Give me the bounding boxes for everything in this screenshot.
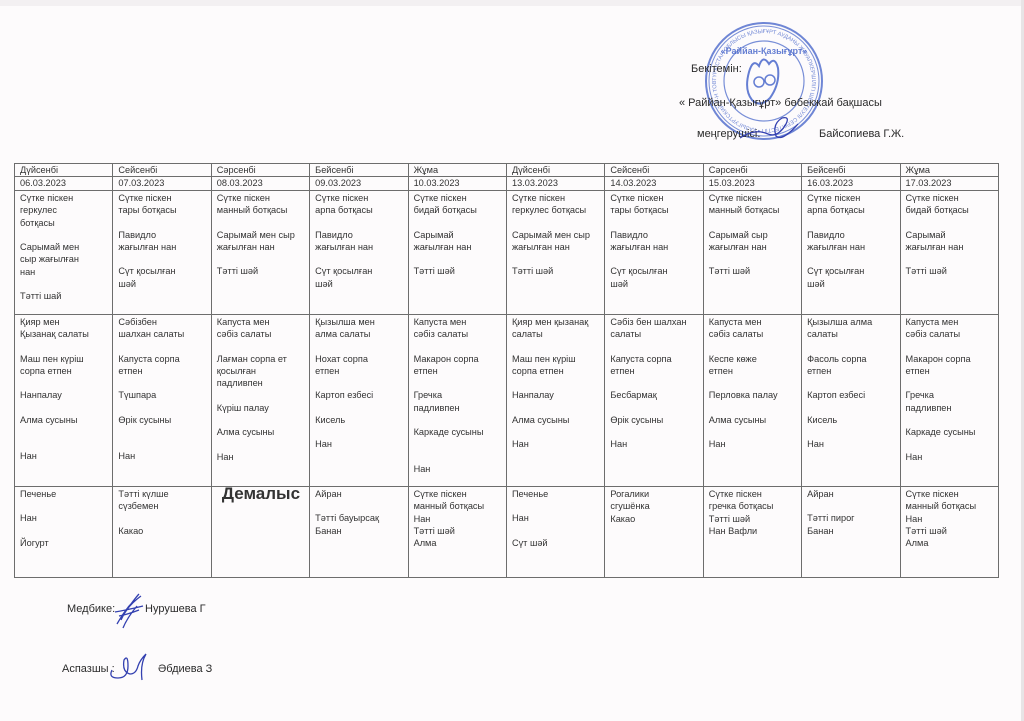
date-cell: 14.03.2023	[605, 177, 703, 190]
spacer	[217, 341, 305, 353]
spacer	[118, 513, 206, 525]
spacer	[512, 426, 600, 438]
weekday-cell: Сәрсенбі	[211, 164, 309, 177]
snack-item: Печенье	[20, 488, 108, 500]
nurse-signature-icon	[113, 590, 148, 630]
lunch-item: Капуста сорпа етпен	[118, 353, 206, 378]
breakfast-item: Сарымай жағылған нан	[906, 229, 994, 254]
lunch-item: Нан	[512, 438, 600, 450]
weekday-cell: Сейсенбі	[605, 164, 703, 177]
breakfast-cell: Сүтке піскен тары ботқасыПавидло жағылға…	[605, 190, 703, 314]
lunch-item: Кисель	[807, 414, 895, 426]
lunch-item: Нанпалау	[20, 389, 108, 401]
breakfast-item: Сүт қосылған шәй	[118, 265, 206, 290]
weekday-cell: Сейсенбі	[113, 164, 211, 177]
lunch-item: Перловка палау	[709, 389, 797, 401]
breakfast-item: Тәтті шәй	[414, 265, 502, 277]
snack-row: ПеченьеНанЙогурт Тәтті күлше сүзбеменКак…	[15, 486, 999, 577]
weekday-cell: Дүйсенбі	[506, 164, 604, 177]
lunch-item: Өрік сусыны	[118, 414, 206, 426]
spacer	[709, 341, 797, 353]
lunch-item: Қияр мен қызанақ салаты	[512, 316, 600, 341]
spacer	[118, 438, 206, 450]
lunch-cell: Капуста мен сәбіз салатыКеспе көже етпен…	[703, 314, 801, 486]
lunch-item: Қызылша мен алма салаты	[315, 316, 403, 341]
lunch-item: Өрік сусыны	[610, 414, 698, 426]
breakfast-item: Тәтті шәй	[512, 265, 600, 277]
lunch-item: Капуста мен сәбіз салаты	[217, 316, 305, 341]
lunch-item: Нан	[709, 438, 797, 450]
spacer	[414, 253, 502, 265]
breakfast-cell: Сүтке піскен манный ботқасыСарымай сыр ж…	[703, 190, 801, 314]
breakfast-cell: Сүтке піскен геркулес ботқасыСарымай мен…	[506, 190, 604, 314]
breakfast-item: Павидло жағылған нан	[807, 229, 895, 254]
spacer	[315, 377, 403, 389]
lunch-item: Алма сусыны	[20, 414, 108, 426]
snack-cell: Сүтке піскен манный ботқасы Нан Тәтті шә…	[408, 486, 506, 577]
spacer	[315, 402, 403, 414]
snack-cell: Тәтті күлше сүзбеменКакао	[113, 486, 211, 577]
spacer	[610, 377, 698, 389]
spacer	[414, 414, 502, 426]
lunch-item: Маш пен күріш сорпа етпен	[20, 353, 108, 378]
breakfast-item: Сүтке піскен бидай ботқасы	[414, 192, 502, 217]
spacer	[906, 439, 994, 451]
spacer	[217, 217, 305, 229]
spacer	[118, 217, 206, 229]
weekday-cell: Жұма	[408, 164, 506, 177]
snack-item: Тәтті пирог Банан	[807, 512, 895, 537]
lunch-cell: Сәбізбен шалхан салатыКапуста сорпа етпе…	[113, 314, 211, 486]
lunch-item: Капуста мен сәбіз салаты	[906, 316, 994, 341]
spacer	[414, 377, 502, 389]
breakfast-item: Сүтке піскен манный ботқасы	[217, 192, 305, 217]
date-cell: 08.03.2023	[211, 177, 309, 190]
lunch-item: Нохат сорпа етпен	[315, 353, 403, 378]
breakfast-cell: Сүтке піскен бидай ботқасыСарымай жағылғ…	[408, 190, 506, 314]
lunch-cell: Қияр мен қызанақ салатыМаш пен күріш сор…	[506, 314, 604, 486]
spacer	[217, 414, 305, 426]
lunch-cell: Қызылша мен алма салатыНохат сорпа етпен…	[310, 314, 408, 486]
date-cell: 15.03.2023	[703, 177, 801, 190]
lunch-item: Макарон сорпа етпен	[414, 353, 502, 378]
cook-name: Әбдиева З	[158, 663, 212, 675]
spacer	[20, 229, 108, 241]
spacer	[512, 525, 600, 537]
date-cell: 06.03.2023	[15, 177, 113, 190]
breakfast-item: Павидло жағылған нан	[315, 229, 403, 254]
snack-cell: ПеченьеНанСүт шәй	[506, 486, 604, 577]
date-cell: 09.03.2023	[310, 177, 408, 190]
lunch-item: Капуста мен сәбіз салаты	[414, 316, 502, 341]
lunch-item: Фасоль сорпа етпен	[807, 353, 895, 378]
breakfast-item: Тәтті шәй	[906, 265, 994, 277]
spacer	[20, 278, 108, 290]
lunch-item: Алма сусыны	[512, 414, 600, 426]
weekday-row: ДүйсенбіСейсенбіСәрсенбіБейсенбіЖұмаДүйс…	[15, 164, 999, 177]
breakfast-item: Сарымай мен сыр жағылған нан	[512, 229, 600, 254]
breakfast-item: Сүтке піскен бидай ботқасы	[906, 192, 994, 217]
snack-item: Тәтті күлше сүзбемен	[118, 488, 206, 513]
spacer	[414, 341, 502, 353]
breakfast-item: Сүт қосылған шәй	[610, 265, 698, 290]
lunch-item: Картоп езбесі	[315, 389, 403, 401]
spacer	[709, 426, 797, 438]
spacer	[906, 217, 994, 229]
lunch-item: Капуста сорпа етпен	[610, 353, 698, 378]
spacer	[512, 217, 600, 229]
lunch-item: Нан	[118, 450, 206, 462]
lunch-item: Алма сусыны	[217, 426, 305, 438]
snack-cell: Сүтке піскен гречка ботқасы Тәтті шәй На…	[703, 486, 801, 577]
breakfast-item: Сарымай мен сыр жағылған нан	[20, 241, 108, 278]
snack-item: Сүт шәй	[512, 537, 600, 549]
spacer	[610, 217, 698, 229]
lunch-item: Нан	[906, 451, 994, 463]
lunch-item: Гречка падливпен	[414, 389, 502, 414]
spacer	[610, 253, 698, 265]
menu-table: ДүйсенбіСейсенбіСәрсенбіБейсенбіЖұмаДүйс…	[14, 163, 999, 578]
breakfast-cell: Сүтке піскен тары ботқасыПавидло жағылға…	[113, 190, 211, 314]
lunch-item: Каркаде сусыны	[906, 426, 994, 438]
breakfast-item: Сүтке піскен арпа ботқасы	[807, 192, 895, 217]
snack-item: Сүтке піскен манный ботқасы Нан Тәтті шә…	[906, 488, 994, 550]
snack-item: Йогурт	[20, 537, 108, 549]
spacer	[709, 253, 797, 265]
lunch-item: Сәбіз бен шалхан салаты	[610, 316, 698, 341]
snack-item: Айран	[315, 488, 403, 500]
spacer	[315, 500, 403, 512]
spacer	[315, 217, 403, 229]
spacer	[414, 439, 502, 451]
approval-title: Бекітемін:	[691, 63, 742, 75]
lunch-item: Нан	[414, 463, 502, 475]
weekday-cell: Сәрсенбі	[703, 164, 801, 177]
snack-cell: Сүтке піскен манный ботқасы Нан Тәтті шә…	[900, 486, 998, 577]
spacer	[807, 217, 895, 229]
spacer	[414, 451, 502, 463]
date-cell: 13.03.2023	[506, 177, 604, 190]
spacer	[20, 377, 108, 389]
spacer	[807, 402, 895, 414]
lunch-item: Қызылша алма салаты	[807, 316, 895, 341]
date-cell: 17.03.2023	[900, 177, 998, 190]
lunch-item: Нанпалау	[512, 389, 600, 401]
spacer	[414, 217, 502, 229]
spacer	[512, 377, 600, 389]
head-signature-icon	[735, 106, 810, 146]
spacer	[906, 414, 994, 426]
breakfast-item: Сүтке піскен арпа ботқасы	[315, 192, 403, 217]
snack-cell: ПеченьеНанЙогурт	[15, 486, 113, 577]
holiday-cell: Демалыс	[211, 486, 309, 577]
spacer	[315, 426, 403, 438]
breakfast-item: Сүтке піскен геркулес ботқасы	[512, 192, 600, 217]
weekday-cell: Жұма	[900, 164, 998, 177]
spacer	[709, 377, 797, 389]
spacer	[906, 341, 994, 353]
lunch-item: Кеспе көже етпен	[709, 353, 797, 378]
spacer	[807, 253, 895, 265]
spacer	[610, 341, 698, 353]
breakfast-cell: Сүтке піскен манный ботқасыСарымай мен с…	[211, 190, 309, 314]
spacer	[20, 402, 108, 414]
lunch-item: Қияр мен Қызанақ салаты	[20, 316, 108, 341]
breakfast-item: Сүтке піскен тары ботқасы	[118, 192, 206, 217]
spacer	[20, 525, 108, 537]
lunch-item: Нан	[217, 451, 305, 463]
spacer	[20, 426, 108, 438]
snack-item: Рогалики сгушёнка Какао	[610, 488, 698, 525]
breakfast-row: Сүтке піскен геркулес ботқасыСарымай мен…	[15, 190, 999, 314]
snack-cell: АйранТәтті бауырсақ Банан	[310, 486, 408, 577]
nurse-name: Нурушева Г	[145, 603, 206, 615]
svg-text:«Раййан-Қазығұрт»: «Раййан-Қазығұрт»	[721, 46, 808, 56]
spacer	[807, 500, 895, 512]
spacer	[217, 390, 305, 402]
date-row: 06.03.202307.03.202308.03.202309.03.2023…	[15, 177, 999, 190]
breakfast-item: Сарымай сыр жағылған нан	[709, 229, 797, 254]
lunch-cell: Қызылша алма салатыФасоль сорпа етпенКар…	[802, 314, 900, 486]
breakfast-cell: Сүтке піскен геркулес ботқасыСарымай мен…	[15, 190, 113, 314]
snack-item: Сүтке піскен манный ботқасы Нан Тәтті шә…	[414, 488, 502, 550]
snack-item: Тәтті бауырсақ Банан	[315, 512, 403, 537]
breakfast-item: Сүтке піскен геркулес ботқасы	[20, 192, 108, 229]
spacer	[118, 402, 206, 414]
breakfast-item: Тәтті шәй	[709, 265, 797, 277]
lunch-item: Лағман сорпа ет қосылған падливпен	[217, 353, 305, 390]
date-cell: 16.03.2023	[802, 177, 900, 190]
weekday-cell: Бейсенбі	[310, 164, 408, 177]
snack-item: Сүтке піскен гречка ботқасы Тәтті шәй На…	[709, 488, 797, 538]
spacer	[512, 341, 600, 353]
breakfast-item: Тәтті шәй	[217, 265, 305, 277]
spacer	[20, 341, 108, 353]
lunch-item: Картоп езбесі	[807, 389, 895, 401]
snack-item: Печенье	[512, 488, 600, 500]
lunch-cell: Қияр мен Қызанақ салатыМаш пен күріш сор…	[15, 314, 113, 486]
snack-item: Нан	[20, 512, 108, 524]
spacer	[906, 377, 994, 389]
breakfast-item: Сүтке піскен тары ботқасы	[610, 192, 698, 217]
lunch-item: Нан	[610, 438, 698, 450]
lunch-item: Күріш палау	[217, 402, 305, 414]
spacer	[512, 500, 600, 512]
snack-cell: Рогалики сгушёнка Какао	[605, 486, 703, 577]
lunch-item: Гречка падливпен	[906, 389, 994, 414]
breakfast-item: Сүтке піскен манный ботқасы	[709, 192, 797, 217]
spacer	[709, 402, 797, 414]
lunch-row: Қияр мен Қызанақ салатыМаш пен күріш сор…	[15, 314, 999, 486]
date-cell: 07.03.2023	[113, 177, 211, 190]
lunch-cell: Капуста мен сәбіз салатыМакарон сорпа ет…	[900, 314, 998, 486]
spacer	[807, 377, 895, 389]
breakfast-item: Сарымай мен сыр жағылған нан	[217, 229, 305, 254]
lunch-item: Бесбармақ	[610, 389, 698, 401]
lunch-cell: Сәбіз бен шалхан салатыКапуста сорпа етп…	[605, 314, 703, 486]
lunch-cell: Капуста мен сәбіз салатыМакарон сорпа ет…	[408, 314, 506, 486]
breakfast-cell: Сүтке піскен арпа ботқасыПавидло жағылға…	[310, 190, 408, 314]
lunch-cell: Капуста мен сәбіз салатыЛағман сорпа ет …	[211, 314, 309, 486]
nurse-label: Медбике:	[67, 603, 115, 615]
spacer	[118, 253, 206, 265]
spacer	[906, 253, 994, 265]
spacer	[118, 341, 206, 353]
breakfast-item: Сүт қосылған шәй	[315, 265, 403, 290]
lunch-item: Капуста мен сәбіз салаты	[709, 316, 797, 341]
breakfast-item: Тәтті шай	[20, 290, 108, 302]
breakfast-cell: Сүтке піскен бидай ботқасыСарымай жағылғ…	[900, 190, 998, 314]
date-cell: 10.03.2023	[408, 177, 506, 190]
breakfast-item: Павидло жағылған нан	[610, 229, 698, 254]
spacer	[20, 438, 108, 450]
lunch-item: Каркаде сусыны	[414, 426, 502, 438]
spacer	[20, 500, 108, 512]
spacer	[807, 341, 895, 353]
spacer	[512, 253, 600, 265]
lunch-item: Маш пен күріш сорпа етпен	[512, 353, 600, 378]
cook-signature-icon	[106, 650, 156, 684]
weekday-cell: Дүйсенбі	[15, 164, 113, 177]
spacer	[610, 402, 698, 414]
spacer	[315, 341, 403, 353]
approval-head-name: Байсопиева Г.Ж.	[819, 128, 904, 140]
spacer	[217, 253, 305, 265]
lunch-item: Түшпара	[118, 389, 206, 401]
spacer	[610, 426, 698, 438]
lunch-item: Кисель	[315, 414, 403, 426]
snack-item: Нан	[512, 512, 600, 524]
spacer	[118, 377, 206, 389]
lunch-item: Нан	[20, 450, 108, 462]
weekday-cell: Бейсенбі	[802, 164, 900, 177]
spacer	[807, 426, 895, 438]
snack-item: Какао	[118, 525, 206, 537]
lunch-item: Нан	[807, 438, 895, 450]
breakfast-cell: Сүтке піскен арпа ботқасы Павидло жағылғ…	[802, 190, 900, 314]
lunch-item: Сәбізбен шалхан салаты	[118, 316, 206, 341]
scan-top-edge	[0, 0, 1024, 6]
lunch-item: Макарон сорпа етпен	[906, 353, 994, 378]
spacer	[709, 217, 797, 229]
spacer	[315, 253, 403, 265]
spacer	[217, 439, 305, 451]
lunch-item: Алма сусыны	[709, 414, 797, 426]
breakfast-item: Павидло жағылған нан	[118, 229, 206, 254]
spacer	[512, 402, 600, 414]
breakfast-item: Сарымай жағылған нан	[414, 229, 502, 254]
lunch-item: Нан	[315, 438, 403, 450]
snack-cell: АйранТәтті пирог Банан	[802, 486, 900, 577]
spacer	[118, 426, 206, 438]
snack-item: Айран	[807, 488, 895, 500]
breakfast-item: Сүт қосылған шәй	[807, 265, 895, 290]
